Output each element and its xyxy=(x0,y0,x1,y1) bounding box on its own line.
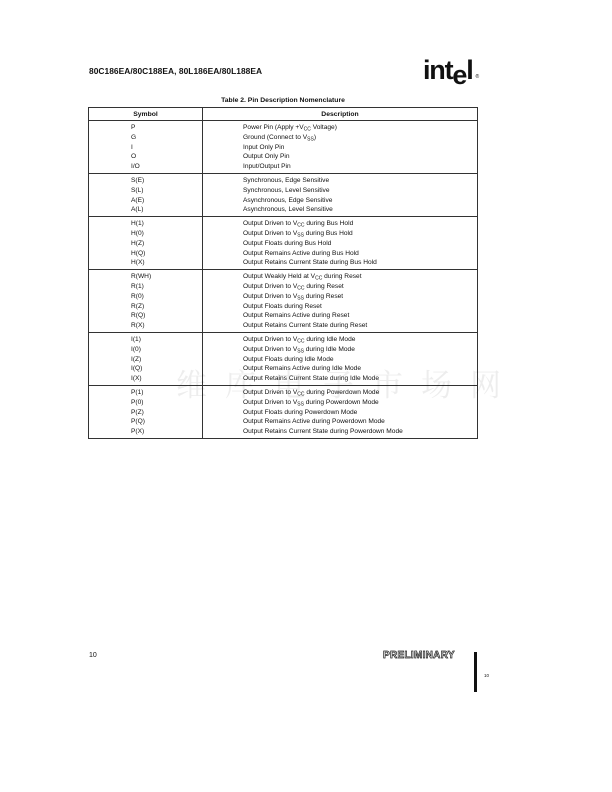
pin-symbol: R(WH) xyxy=(131,272,202,282)
pin-description: Output Driven to VCC during Idle Mode xyxy=(243,335,477,345)
pin-symbol: H(1) xyxy=(131,219,202,229)
pin-description: Synchronous, Edge Sensitive xyxy=(243,176,477,186)
pin-description: Ground (Connect to VSS) xyxy=(243,133,477,143)
table-row-group: H(1)H(0)H(Z)H(Q)H(X)Output Driven to VCC… xyxy=(89,217,478,270)
logo-text-e: e xyxy=(452,60,466,91)
pin-symbol: H(Q) xyxy=(131,249,202,259)
table-caption: Table 2. Pin Description Nomenclature xyxy=(88,97,478,104)
pin-symbol: H(0) xyxy=(131,229,202,239)
pin-symbol: H(Z) xyxy=(131,239,202,249)
table-row: S(E)S(L)A(E)A(L)Synchronous, Edge Sensit… xyxy=(89,173,478,216)
logo-text-int: int xyxy=(423,55,452,85)
pin-symbol: P xyxy=(131,123,202,133)
pin-symbol: I(0) xyxy=(131,345,202,355)
description-cell: Output Driven to VCC during Bus HoldOutp… xyxy=(203,217,478,270)
pin-symbol: O xyxy=(131,152,202,162)
pin-description: Output Floats during Bus Hold xyxy=(243,239,477,249)
table-row-group: R(WH)R(1)R(0)R(Z)R(Q)R(X)Output Weakly H… xyxy=(89,270,478,333)
pin-symbol: G xyxy=(131,133,202,143)
description-cell: Power Pin (Apply +VCC Voltage)Ground (Co… xyxy=(203,121,478,174)
pin-description: Synchronous, Level Sensitive xyxy=(243,186,477,196)
pin-description: Input/Output Pin xyxy=(243,162,477,172)
pin-description: Output Driven to VSS during Bus Hold xyxy=(243,229,477,239)
description-cell: Output Weakly Held at VCC during ResetOu… xyxy=(203,270,478,333)
pin-description: Output Driven to VSS during Reset xyxy=(243,292,477,302)
pin-symbol: P(Z) xyxy=(131,408,202,418)
pin-description: Asynchronous, Level Sensitive xyxy=(243,205,477,215)
revision-number: 10 xyxy=(484,673,489,678)
document-header-title: 80C186EA/80C188EA, 80L186EA/80L188EA xyxy=(89,66,262,76)
pin-description: Output Driven to VCC during Bus Hold xyxy=(243,219,477,229)
pin-description: Output Only Pin xyxy=(243,152,477,162)
pin-description: Output Retains Current State during Powe… xyxy=(243,427,477,437)
pin-description: Output Driven to VSS during Idle Mode xyxy=(243,345,477,355)
column-header-description: Description xyxy=(203,108,478,121)
pin-description: Output Floats during Reset xyxy=(243,302,477,312)
pin-description: Output Remains Active during Bus Hold xyxy=(243,249,477,259)
pin-description: Asynchronous, Edge Sensitive xyxy=(243,196,477,206)
pin-symbol: A(L) xyxy=(131,205,202,215)
intel-logo: intel® xyxy=(423,55,479,86)
symbol-cell: PGIOI/O xyxy=(89,121,203,174)
pin-symbol: R(1) xyxy=(131,282,202,292)
table-header-row: Symbol Description xyxy=(89,108,478,121)
pin-description: Output Floats during Powerdown Mode xyxy=(243,408,477,418)
pin-symbol: A(E) xyxy=(131,196,202,206)
logo-text-l: l xyxy=(466,55,472,85)
pin-symbol: R(Q) xyxy=(131,311,202,321)
pin-symbol: I/O xyxy=(131,162,202,172)
preliminary-stamp: PRELIMINARY xyxy=(383,650,455,661)
pin-description: Output Retains Current State during Rese… xyxy=(243,321,477,331)
pin-description: Input Only Pin xyxy=(243,143,477,153)
table-row-group: PGIOI/OPower Pin (Apply +VCC Voltage)Gro… xyxy=(89,121,478,174)
pin-description: Output Remains Active during Reset xyxy=(243,311,477,321)
column-header-symbol: Symbol xyxy=(89,108,203,121)
symbol-cell: R(WH)R(1)R(0)R(Z)R(Q)R(X) xyxy=(89,270,203,333)
pin-description: Output Remains Active during Powerdown M… xyxy=(243,417,477,427)
table-row: H(1)H(0)H(Z)H(Q)H(X)Output Driven to VCC… xyxy=(89,217,478,270)
pin-symbol: S(E) xyxy=(131,176,202,186)
pin-symbol: R(Z) xyxy=(131,302,202,312)
table-row: R(WH)R(1)R(0)R(Z)R(Q)R(X)Output Weakly H… xyxy=(89,270,478,333)
pin-description: Output Retains Current State during Bus … xyxy=(243,258,477,268)
revision-bar xyxy=(474,652,477,692)
symbol-cell: H(1)H(0)H(Z)H(Q)H(X) xyxy=(89,217,203,270)
pin-symbol: I xyxy=(131,143,202,153)
pin-description: Output Driven to VCC during Reset xyxy=(243,282,477,292)
pin-description: Output Weakly Held at VCC during Reset xyxy=(243,272,477,282)
pin-symbol: H(X) xyxy=(131,258,202,268)
pin-symbol: R(X) xyxy=(131,321,202,331)
page-number: 10 xyxy=(89,652,97,659)
pin-symbol: P(Q) xyxy=(131,417,202,427)
pin-symbol: I(1) xyxy=(131,335,202,345)
pin-symbol: S(L) xyxy=(131,186,202,196)
watermark: 维库电子市场网 xyxy=(176,360,519,405)
table-row: PGIOI/OPower Pin (Apply +VCC Voltage)Gro… xyxy=(89,121,478,174)
symbol-cell: S(E)S(L)A(E)A(L) xyxy=(89,173,203,216)
pin-symbol: R(0) xyxy=(131,292,202,302)
pin-description: Power Pin (Apply +VCC Voltage) xyxy=(243,123,477,133)
table-row-group: S(E)S(L)A(E)A(L)Synchronous, Edge Sensit… xyxy=(89,173,478,216)
pin-symbol: P(X) xyxy=(131,427,202,437)
description-cell: Synchronous, Edge SensitiveSynchronous, … xyxy=(203,173,478,216)
registered-mark: ® xyxy=(476,74,480,80)
